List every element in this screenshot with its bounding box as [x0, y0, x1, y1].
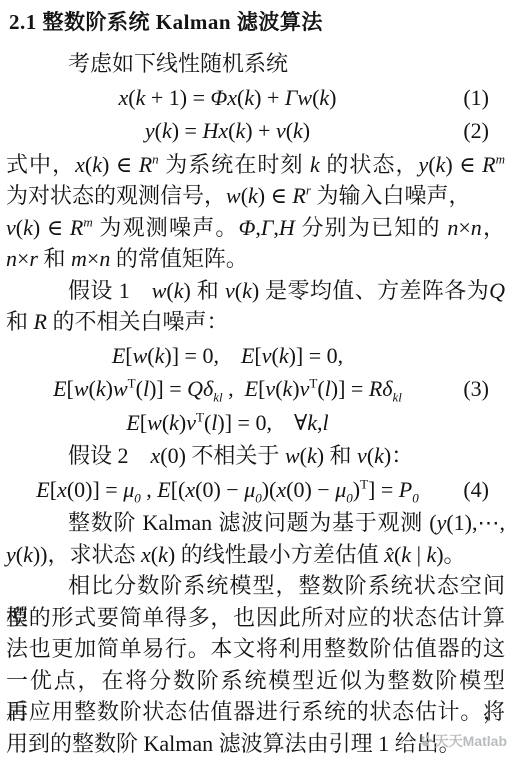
text-line: 考虑如下线性随机系统: [6, 48, 505, 80]
math-segment: n: [447, 215, 458, 240]
math-segment: Γ: [261, 215, 274, 240]
text-segment: ) 和: [183, 278, 225, 303]
math-segment: n: [471, 215, 482, 240]
equation-number: (1): [463, 82, 489, 114]
text-segment: (: [272, 343, 279, 368]
math-segment: k: [235, 118, 245, 143]
section-heading: 2.1 整数阶系统 Kalman 滤波算法: [9, 8, 505, 36]
math-segment: μ: [123, 477, 134, 502]
equation-number: (2): [463, 115, 489, 147]
math-segment: v: [357, 443, 367, 468]
text-line: 和 R 的不相关白噪声：: [6, 306, 505, 338]
equation-line: E[w(k)] = 0, E[v(k)] = 0,: [6, 340, 505, 372]
math-segment: Φx: [211, 85, 238, 110]
text-segment: ): [353, 477, 360, 502]
math-segment: v: [300, 376, 310, 401]
math-segment: E: [126, 410, 139, 435]
text-segment: [(: [171, 477, 186, 502]
math-segment: w: [113, 376, 128, 401]
math-segment: x̂: [384, 542, 394, 567]
text-segment: )] = 0,: [289, 343, 344, 368]
document-content: 考虑如下线性随机系统x(k + 1) = Φx(k) + Γw(k)(1)y(k…: [6, 48, 505, 759]
text-segment: (1),⋯,: [446, 510, 505, 535]
math-segment: x: [185, 477, 195, 502]
math-segment: m: [83, 214, 92, 229]
math-segment: R: [292, 183, 305, 208]
text-segment: 为系统在时刻: [159, 152, 310, 177]
text-segment: (: [241, 183, 248, 208]
text-line: 假设 1 w(k) 和 v(k) 是零均值、方差阵各为Q: [6, 275, 505, 307]
math-segment: m: [71, 246, 87, 271]
equation-line: E[x(0)] = μ0 , E[(x(0) − μ0)(x(0) − μ0)T…: [6, 474, 505, 506]
text-segment: 假设 2: [68, 443, 151, 468]
text-line: 用到的整数阶 Kalman 滤波算法由引理 1 给出。: [6, 728, 505, 760]
text-line: v(k) ∈ Rm 为观测噪声。Φ,Γ,H 分别为已知的 n×n，: [6, 212, 505, 244]
text-line: 式中，x(k) ∈ Rn 为系统在时刻 k 的状态，y(k) ∈ Rm: [6, 149, 505, 181]
math-segment: k: [307, 410, 317, 435]
math-segment: x: [141, 542, 151, 567]
equation-line: x(k + 1) = Φx(k) + Γw(k)(1): [6, 82, 505, 114]
text-segment: ，: [482, 215, 505, 240]
math-segment: E: [112, 343, 125, 368]
math-segment: E: [53, 376, 66, 401]
text-segment: ] =: [368, 477, 399, 502]
text-line: 假设 2 x(0) 不相关于 w(k) 和 v(k)：: [6, 440, 505, 472]
math-segment: v: [265, 376, 275, 401]
math-segment: w: [74, 376, 89, 401]
text-segment: )(: [262, 477, 277, 502]
math-segment: x: [119, 85, 129, 110]
math-segment: H: [279, 215, 295, 240]
math-segment: R: [70, 215, 83, 240]
text-segment: ): [329, 85, 336, 110]
text-line: y(k))，求状态 x(k) 的线性最小方差估值 x̂(k | k)。: [6, 539, 505, 571]
text-line: n×r 和 m×n 的常值矩阵。: [6, 243, 505, 275]
math-segment: m: [496, 151, 505, 166]
text-segment: (0) −: [195, 477, 244, 502]
math-segment: k: [293, 118, 303, 143]
text-segment: (0) −: [286, 477, 335, 502]
text-segment: ): [106, 376, 113, 401]
text-segment: (: [428, 152, 435, 177]
math-segment: Γw: [285, 85, 312, 110]
math-segment: k: [136, 85, 146, 110]
math-segment: Qδ: [187, 376, 213, 401]
text-segment: 和: [6, 309, 34, 334]
text-segment: (: [151, 542, 158, 567]
math-segment: Hx: [202, 118, 228, 143]
math-segment: k: [310, 152, 320, 177]
math-segment: E: [245, 376, 258, 401]
text-segment: ) 的线性最小方差估值: [168, 542, 384, 567]
math-segment: k: [319, 85, 329, 110]
text-segment: [: [254, 343, 261, 368]
text-segment: ) ∈: [102, 152, 139, 177]
text-segment: 的不相关白噪声：: [47, 309, 229, 334]
math-segment: k: [248, 183, 258, 208]
text-line: 为对状态的观测信号，w(k) ∈ Rr 为输入白噪声，: [6, 180, 505, 212]
text-segment: )] =: [149, 376, 187, 401]
text-line: 一优点，在将分数阶系统模型近似为整数阶模型后，: [6, 665, 505, 697]
text-segment: 为观测噪声。: [93, 215, 239, 240]
text-line: 法也更加简单易行。本文将利用整数阶估值器的这: [6, 633, 505, 665]
math-segment: w: [152, 278, 167, 303]
text-segment: 的状态，: [320, 152, 419, 177]
math-segment: k: [155, 343, 165, 368]
math-segment: k: [426, 542, 436, 567]
text-segment: + 1) =: [145, 85, 210, 110]
math-segment: μ: [244, 477, 255, 502]
text-segment: 的常值矩阵。: [110, 246, 248, 271]
text-segment: ×: [17, 246, 29, 271]
math-segment: T: [196, 409, 204, 424]
math-segment: k: [307, 443, 317, 468]
math-segment: kl: [213, 389, 222, 404]
math-segment: R: [482, 152, 495, 177]
text-segment: (: [16, 542, 23, 567]
text-segment: 为输入白噪声，: [311, 183, 471, 208]
math-segment: y: [419, 152, 429, 177]
text-segment: (: [275, 376, 282, 401]
text-segment: )] = 0,: [164, 343, 241, 368]
math-segment: μ: [335, 477, 346, 502]
math-segment: x: [75, 152, 85, 177]
text-segment: ) +: [245, 118, 276, 143]
math-segment: k: [96, 376, 106, 401]
text-segment: ) ∈: [258, 183, 293, 208]
text-line: 整数阶 Kalman 滤波问题为基于观测 (y(1),⋯,: [6, 507, 505, 539]
math-segment: v: [186, 410, 196, 435]
math-segment: v: [276, 118, 286, 143]
math-segment: k: [169, 410, 179, 435]
math-segment: E: [241, 343, 254, 368]
text-segment: )：: [384, 443, 413, 468]
text-segment: ) 是零均值、方差阵各为: [252, 278, 489, 303]
text-segment: 分别为已知的: [295, 215, 448, 240]
text-segment: [: [67, 376, 74, 401]
math-segment: T: [128, 376, 136, 391]
equation-line: E[w(k)wT(l)] = Qδkl , E[v(k)vT(l)] = Rδk…: [6, 373, 505, 405]
text-segment: 为对状态的观测信号，: [6, 183, 226, 208]
text-segment: 用到的整数阶 Kalman 滤波算法由引理 1 给出。: [6, 731, 461, 756]
text-segment: (: [147, 343, 154, 368]
math-segment: P: [399, 477, 412, 502]
text-segment: (0)] =: [67, 477, 123, 502]
math-segment: R: [34, 309, 47, 334]
text-segment: 法也更加简单易行。本文将利用整数阶估值器的这: [6, 636, 505, 661]
text-segment: (: [286, 118, 293, 143]
text-segment: 假设 1: [68, 278, 152, 303]
text-segment: ×: [87, 246, 99, 271]
math-segment: n: [6, 246, 17, 271]
text-segment: )。: [436, 542, 465, 567]
text-segment: (: [128, 85, 135, 110]
text-segment: (: [155, 118, 162, 143]
math-segment: r: [29, 246, 38, 271]
math-segment: k: [244, 85, 254, 110]
equation-line: y(k) = Hx(k) + v(k)(2): [6, 115, 505, 147]
math-segment: l: [323, 410, 329, 435]
text-line: 相比分数阶系统模型，整数阶系统状态空间模: [6, 570, 505, 602]
math-segment: w: [133, 343, 148, 368]
equation-number: (4): [463, 474, 489, 506]
text-segment: ×: [458, 215, 470, 240]
text-segment: ): [292, 376, 299, 401]
text-segment: ) ∈: [445, 152, 482, 177]
math-segment: v: [6, 215, 16, 240]
text-segment: 式中，: [6, 152, 75, 177]
math-segment: k: [242, 278, 252, 303]
math-segment: n: [99, 246, 110, 271]
document-page: 2.1 整数阶系统 Kalman 滤波算法 考虑如下线性随机系统x(k + 1)…: [0, 0, 510, 759]
text-line: 型的形式要简单得多，也因此所对应的状态估计算: [6, 602, 505, 634]
math-segment: E: [36, 477, 49, 502]
math-segment: k: [23, 215, 33, 240]
math-segment: k: [279, 343, 289, 368]
math-segment: T: [360, 476, 368, 491]
math-segment: k: [158, 542, 168, 567]
math-segment: y: [437, 510, 447, 535]
text-segment: (: [166, 278, 173, 303]
text-segment: (: [300, 443, 307, 468]
text-segment: ) =: [172, 118, 203, 143]
math-segment: x: [151, 443, 161, 468]
equation-line: E[w(k)vT(l)] = 0, ∀k,l: [6, 407, 505, 439]
math-segment: w: [147, 410, 162, 435]
text-segment: 考虑如下线性随机系统: [68, 51, 288, 76]
math-segment: v: [225, 278, 235, 303]
text-segment: [: [50, 477, 57, 502]
text-segment: 再应用整数阶状态估值器进行系统的状态估计。将: [6, 699, 505, 724]
text-segment: )] =: [331, 376, 369, 401]
math-segment: E: [157, 477, 170, 502]
text-segment: 型的形式要简单得多，也因此所对应的状态估计算: [6, 605, 505, 630]
math-segment: R: [139, 152, 152, 177]
text-segment: 整数阶 Kalman 滤波问题为基于观测 (: [68, 510, 437, 535]
text-line: 再应用整数阶状态估值器进行系统的状态估计。将: [6, 696, 505, 728]
math-segment: 0: [412, 490, 419, 505]
math-segment: k: [92, 152, 102, 177]
math-segment: w: [285, 443, 300, 468]
text-segment: (: [317, 376, 324, 401]
text-segment: (0) 不相关于: [160, 443, 285, 468]
text-segment: (: [89, 376, 96, 401]
math-segment: k: [283, 376, 293, 401]
text-segment: |: [411, 542, 426, 567]
math-segment: kl: [393, 389, 402, 404]
math-segment: Φ: [239, 215, 256, 240]
text-segment: [: [125, 343, 132, 368]
text-segment: (: [235, 278, 242, 303]
equation-number: (3): [463, 373, 489, 405]
text-segment: ,: [141, 477, 158, 502]
text-segment: ) 和: [317, 443, 357, 468]
text-segment: ) +: [254, 85, 285, 110]
text-segment: ))，求状态: [33, 542, 141, 567]
math-segment: k: [23, 542, 33, 567]
math-segment: x: [57, 477, 67, 502]
math-segment: v: [262, 343, 272, 368]
math-segment: w: [226, 183, 241, 208]
text-segment: (: [16, 215, 23, 240]
math-segment: k: [162, 118, 172, 143]
text-segment: ,: [223, 376, 245, 401]
text-segment: (: [136, 376, 143, 401]
math-segment: Q: [489, 278, 505, 303]
text-segment: 和: [38, 246, 71, 271]
math-segment: k: [401, 542, 411, 567]
math-segment: y: [145, 118, 155, 143]
math-segment: k: [374, 443, 384, 468]
math-segment: k: [436, 152, 446, 177]
text-segment: ): [303, 118, 310, 143]
text-segment: )] = 0, ∀: [217, 410, 307, 435]
math-segment: x: [276, 477, 286, 502]
text-segment: ) ∈: [33, 215, 70, 240]
math-segment: y: [6, 542, 16, 567]
math-segment: Rδ: [369, 376, 393, 401]
